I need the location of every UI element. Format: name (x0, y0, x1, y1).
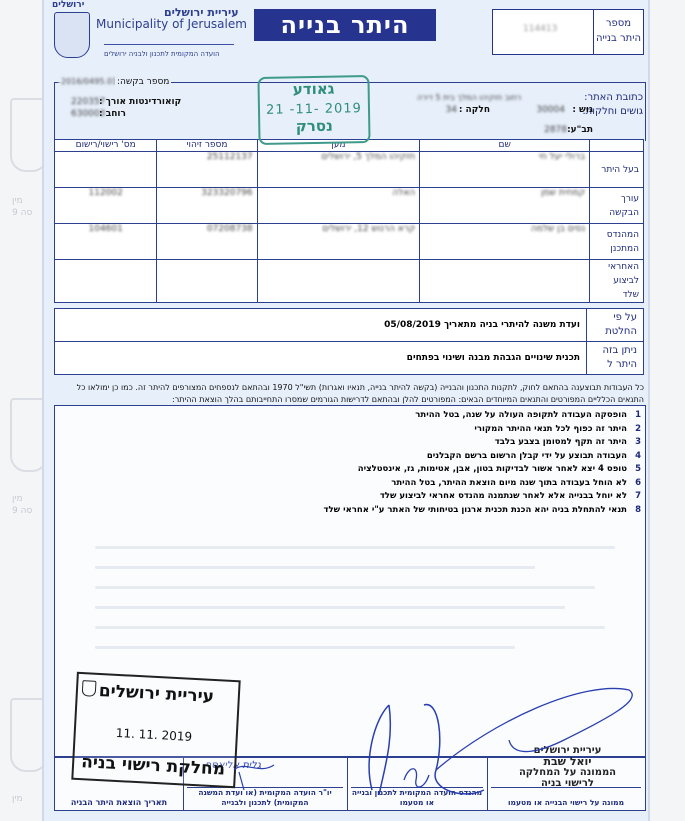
address-cell: חזקיהו המלך 5, ירושלים (257, 152, 420, 188)
condition-item: 6לא הוחל בעבודה בתוך שנה מיום הוצאת ההית… (241, 477, 641, 491)
role-cell: עורך הבקשה (590, 188, 644, 224)
committee-name: הועדה המקומית לתכנון ולבניה ירושלים (104, 50, 234, 58)
logo-caption: ירושלים (52, 0, 84, 10)
name-cell: נסים בן שלמה (420, 224, 590, 260)
permit-scope-value: תכנית שינויים הגבהת מבנה ושינוי בפתחים (55, 342, 587, 375)
condition-item: 5טופס 4 יצא לאחר אשור לבדיקות בטון, אבן,… (241, 463, 641, 477)
license-cell (55, 152, 157, 188)
issue-stamp-top: עיריית ירושלים (83, 680, 229, 708)
manager-stamp: עיריית ירושלים יואל שבת הממונה על המחלקה… (495, 745, 640, 789)
issue-date-label: תאריך הוצאת היתר הבניה (55, 798, 183, 808)
condition-item: 7לא יוחל בבנייה אלא לאחר שנתמנה מהנדס אח… (241, 490, 641, 504)
column-header-license: מס' רישוי/רישום (55, 140, 157, 152)
coords-length-label: קואורדינטות אורך : (99, 97, 181, 107)
block-value: 30004 (536, 105, 565, 115)
decision-basis-label: על פי החלטת (587, 309, 644, 342)
id-cell: 07208738 (157, 224, 257, 260)
name-cell: קמחית שמן (420, 188, 590, 224)
faint-text-line (95, 546, 615, 549)
table-row: האחראי לביצוע שלד (55, 260, 644, 303)
municipality-name-english: Municipality of Jerusalem (96, 17, 247, 31)
parcel-value: 34 (446, 105, 457, 115)
header-divider (104, 44, 234, 45)
id-cell: 323320796 (157, 188, 257, 224)
received-stamp-bottom: נסרק (260, 116, 368, 136)
condition-item: 8תנאי להתחלת בניה יהא הכנת תכנית ארגון ב… (241, 504, 641, 518)
faint-text-line (95, 626, 605, 629)
watermark-caption: סה 9 (12, 506, 32, 516)
license-cell (55, 260, 157, 303)
decision-basis-value: ועדת משנה להיתרי בניה מתאריך 05/08/2019 (55, 309, 587, 342)
request-number-value: 2016/0495.01 (59, 77, 119, 86)
parcel-label: חלקה : (459, 105, 490, 115)
permit-number-label: מספר היתר בנייה (593, 10, 643, 54)
manager-stamp-line: יואל שבת (495, 756, 640, 767)
issue-stamp: עיריית ירושלים 11. 11. 2019 מחלקת רישוי … (71, 672, 240, 788)
role-cell: בעל היתר (590, 152, 644, 188)
document-title: היתר בנייה (254, 9, 436, 41)
table-row: 25112137 חזקיהו המלך 5, ירושלים ברולי יע… (55, 152, 644, 188)
plan-value: 2878 (544, 125, 567, 135)
engineer-signature-label: מהנדס הועדה המקומית לתכנון ובנייה או מטע… (347, 788, 487, 808)
condition-item: 4העבודה תבוצע על ידי קבלן הרשום ברשם הקב… (241, 450, 641, 464)
table-row: ועדת משנה להיתרי בניה מתאריך 05/08/2019 … (55, 309, 644, 342)
decision-table: ועדת משנה להיתרי בניה מתאריך 05/08/2019 … (54, 308, 644, 375)
permit-scope-label: ניתן בזה היתר ל (587, 342, 644, 375)
watermark-caption: מין (12, 794, 23, 804)
role-cell: המהנדס המתכנן (590, 224, 644, 260)
watermark-caption: מין (12, 196, 23, 206)
permit-number-box: מספר היתר בנייה 114413 (492, 9, 644, 55)
faint-text-line (95, 646, 515, 649)
id-cell (157, 260, 257, 303)
manager-signature-label: ממונה על רישוי הבנייה או מטעמו (487, 798, 645, 808)
watermark-caption: סה 9 (12, 208, 32, 218)
plan-label: תב"ע: (567, 125, 593, 135)
name-cell: ברולי יעל חי (420, 152, 590, 188)
jerusalem-emblem-icon (54, 12, 90, 58)
address-value: רחוב חזקיהו המלך בית 5 דירה (417, 93, 521, 102)
address-cell: קרא הרנוש 12, ירושלים (257, 224, 420, 260)
condition-item: 1הופסקה העבודה לתקופה העולה על שנה, בטל … (241, 409, 641, 423)
license-cell: 104601 (55, 224, 157, 260)
condition-item: 3היתר זה תקף למסומן בצבע בלבד (241, 436, 641, 450)
coords-width-label: רוחב : (99, 109, 126, 119)
building-permit-document: ירושלים עיריית ירושלים Municipality of J… (42, 0, 650, 821)
issue-stamp-date: 11. 11. 2019 (115, 726, 192, 744)
block-label: גוש : (572, 105, 593, 115)
address-cell: האלה (257, 188, 420, 224)
manager-stamp-line: לרישוי בניה (495, 778, 640, 789)
table-row: 112002 323320796 האלה קמחית שמן עורך הבק… (55, 188, 644, 224)
general-conditions-notice: כל העבודות תבוצענה בהתאם לחוק, לתקנות הת… (54, 382, 644, 406)
role-cell: האחראי לביצוע שלד (590, 260, 644, 303)
parties-table: מס' רישוי/רישום מספר זיהוי מען שם 251121… (54, 139, 644, 303)
watermark-caption: מין (12, 494, 23, 504)
received-stamp-top: גאודע (259, 79, 367, 99)
id-cell: 25112137 (157, 152, 257, 188)
manager-stamp-line: הממונה על המחלקה (495, 767, 640, 778)
received-stamp-date: 21 -11- 2019 (260, 101, 368, 118)
name-cell (420, 260, 590, 303)
column-header-role (590, 140, 644, 152)
column-header-id: מספר זיהוי (157, 140, 257, 152)
chair-signature-label: יו"ר הועדה המקומית (או ועדת המשנה המקומי… (183, 788, 347, 808)
column-header-name: שם (420, 140, 590, 152)
address-cell (257, 260, 420, 303)
license-cell: 112002 (55, 188, 157, 224)
faint-text-line (95, 586, 595, 589)
address-label: כתובת האתר: (584, 92, 643, 103)
conditions-list: 1הופסקה העבודה לתקופה העולה על שנה, בטל … (241, 409, 641, 517)
table-row: תכנית שינויים הגבהת מבנה ושינוי בפתחים נ… (55, 342, 644, 375)
request-number-label: מספר בקשה: (115, 77, 171, 87)
condition-item: 2היתר זה כפוף לכל תנאי ההיתר המקורי (241, 423, 641, 437)
received-stamp: גאודע 21 -11- 2019 נסרק (257, 75, 370, 145)
issue-stamp-bottom: מחלקת רישוי בניה (78, 752, 229, 780)
permit-number-value: 114413 (523, 24, 557, 34)
faint-text-line (95, 606, 565, 609)
table-row: 104601 07208738 קרא הרנוש 12, ירושלים נס… (55, 224, 644, 260)
faint-text-line (95, 566, 535, 569)
